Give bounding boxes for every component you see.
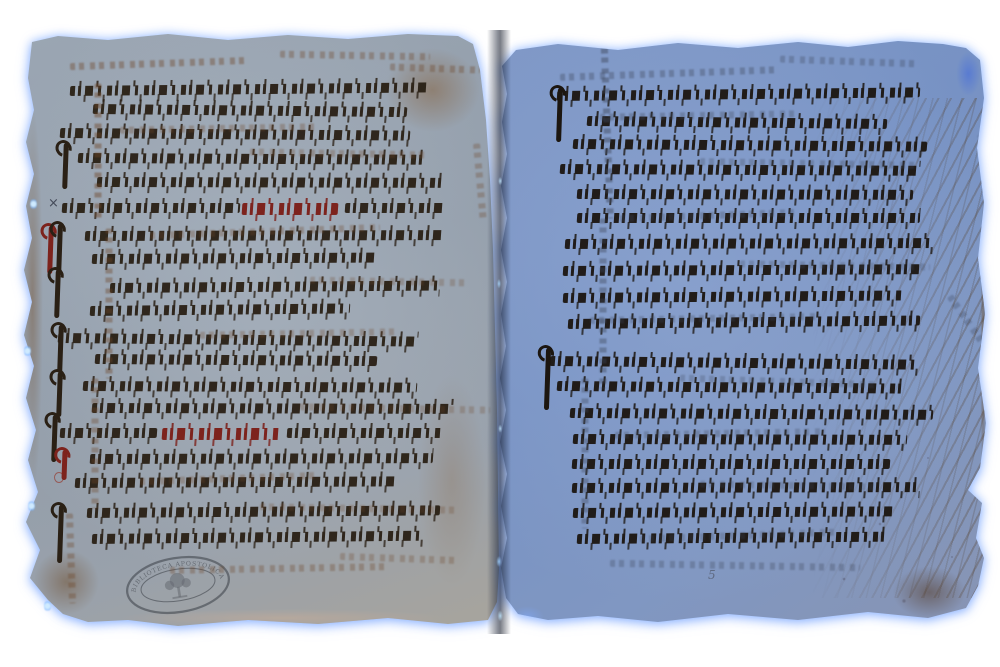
ghost-undertext-line bbox=[600, 219, 607, 389]
text-line bbox=[573, 506, 894, 518]
ghost-undertext-line bbox=[560, 66, 780, 81]
text-line bbox=[565, 238, 934, 249]
ghost-undertext-line bbox=[977, 132, 1000, 274]
uv-glint bbox=[24, 345, 31, 357]
text-line bbox=[573, 139, 928, 152]
text-line bbox=[577, 189, 914, 200]
initial-letter bbox=[544, 348, 551, 410]
text-line bbox=[572, 459, 891, 469]
initial-letter bbox=[556, 88, 562, 142]
right-page-wrap: 5 bbox=[0, 0, 1000, 667]
uv-glint bbox=[30, 198, 37, 210]
text-line bbox=[570, 408, 934, 420]
folio-number: 5 bbox=[708, 568, 716, 582]
text-line bbox=[557, 87, 921, 101]
manuscript-photo: × BIBLIOTECA APOSTOLICA VATICANA bbox=[0, 0, 1000, 667]
right-page: 5 bbox=[498, 38, 988, 634]
text-line bbox=[563, 290, 904, 303]
uv-glint bbox=[44, 600, 51, 612]
uv-glint bbox=[28, 500, 35, 512]
ghost-undertext-line bbox=[610, 560, 860, 571]
ghost-undertext-line bbox=[780, 56, 920, 68]
ghost-undertext-line bbox=[947, 294, 1000, 413]
ghost-undertext-line bbox=[582, 379, 589, 529]
